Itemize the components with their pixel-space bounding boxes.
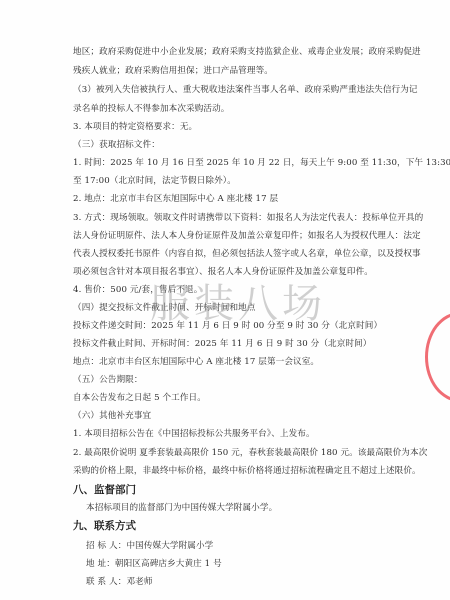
text-line: 1. 本项目招标公告在《中国招标投标公共服务平台》、上发布。 <box>73 428 315 440</box>
text-line: 代表人授权委托书原件（内容自拟，但必须包括法人签字或人名章，单位公章，以及授权事 <box>73 248 421 260</box>
section-heading: （五）公告期限： <box>73 374 143 386</box>
contact-address: 地 址：朝阳区高碑店乡大黄庄 1 号 <box>86 558 222 570</box>
text-line: 3. 本项目的特定资格要求：无。 <box>73 121 197 133</box>
document-page: 地区；政府采购促进中小企业发展；政府采购支持监狱企业、戒毒企业发展；政府采购促进… <box>0 0 450 600</box>
text-line: 自本公告发布之日起 5 个工作日。 <box>73 392 206 404</box>
text-line: 法人身份证明原件、法人本人身份证原件及加盖公章复印件；如报名人为授权代理人：法定 <box>73 230 421 242</box>
section-heading: （三）获取招标文件： <box>73 139 160 151</box>
contact-tenderer: 招 标 人：中国传媒大学附属小学 <box>86 540 213 552</box>
text-line: 1. 时间：2025 年 10 月 16 日至 2025 年 10 月 22 日… <box>73 157 450 169</box>
official-seal-stamp <box>425 312 450 402</box>
text-line: 采购的价格上限，非最终中标价格，最终中标价格将通过招标流程确定且不超过上述限价。 <box>73 465 421 477</box>
text-line: 投标文件截止时间、开标时间：2025 年 11 月 6 日 9 时 30 分（北… <box>73 338 372 350</box>
text-line: 2. 地点：北京市丰台区东旭国际中心 A 座北楼 17 层 <box>73 193 278 205</box>
text-line: 3. 方式：现场领取。领取文件时请携带以下资料：如报名人为法定代表人：投标单位开… <box>73 212 423 224</box>
section-title-supervision: 八、监督部门 <box>73 482 136 497</box>
text-line: 残疾人就业；政府采购信用担保；进口产品管理等。 <box>73 65 273 77</box>
text-line: 地区；政府采购促进中小企业发展；政府采购支持监狱企业、戒毒企业发展；政府采购促进 <box>73 46 421 58</box>
contact-person: 联 系 人：邓老师 <box>86 576 153 588</box>
text-line: 录名单的投标人不得参加本次采购活动。 <box>73 103 230 115</box>
text-line: 至 17:00（北京时间，法定节假日除外）。 <box>73 175 236 187</box>
watermark: 服装八场 <box>150 272 326 329</box>
section-title-contact: 九、联系方式 <box>73 518 136 533</box>
text-line: 2. 最高限价说明 夏季套装最高限价 150 元，春秋套装最高限价 180 元。… <box>73 447 427 459</box>
text-line: （3）被列入失信被执行人、重大税收违法案件当事人名单、政府采购严重违法失信行为记 <box>73 84 418 96</box>
supervision-text: 本招标项目的监督部门为中国传媒大学附属小学。 <box>86 502 277 514</box>
section-heading: （六）其他补充事宜 <box>73 410 151 422</box>
text-line: 地点：北京市丰台区东旭国际中心 A 座北楼 17 层第一会议室。 <box>73 356 319 368</box>
